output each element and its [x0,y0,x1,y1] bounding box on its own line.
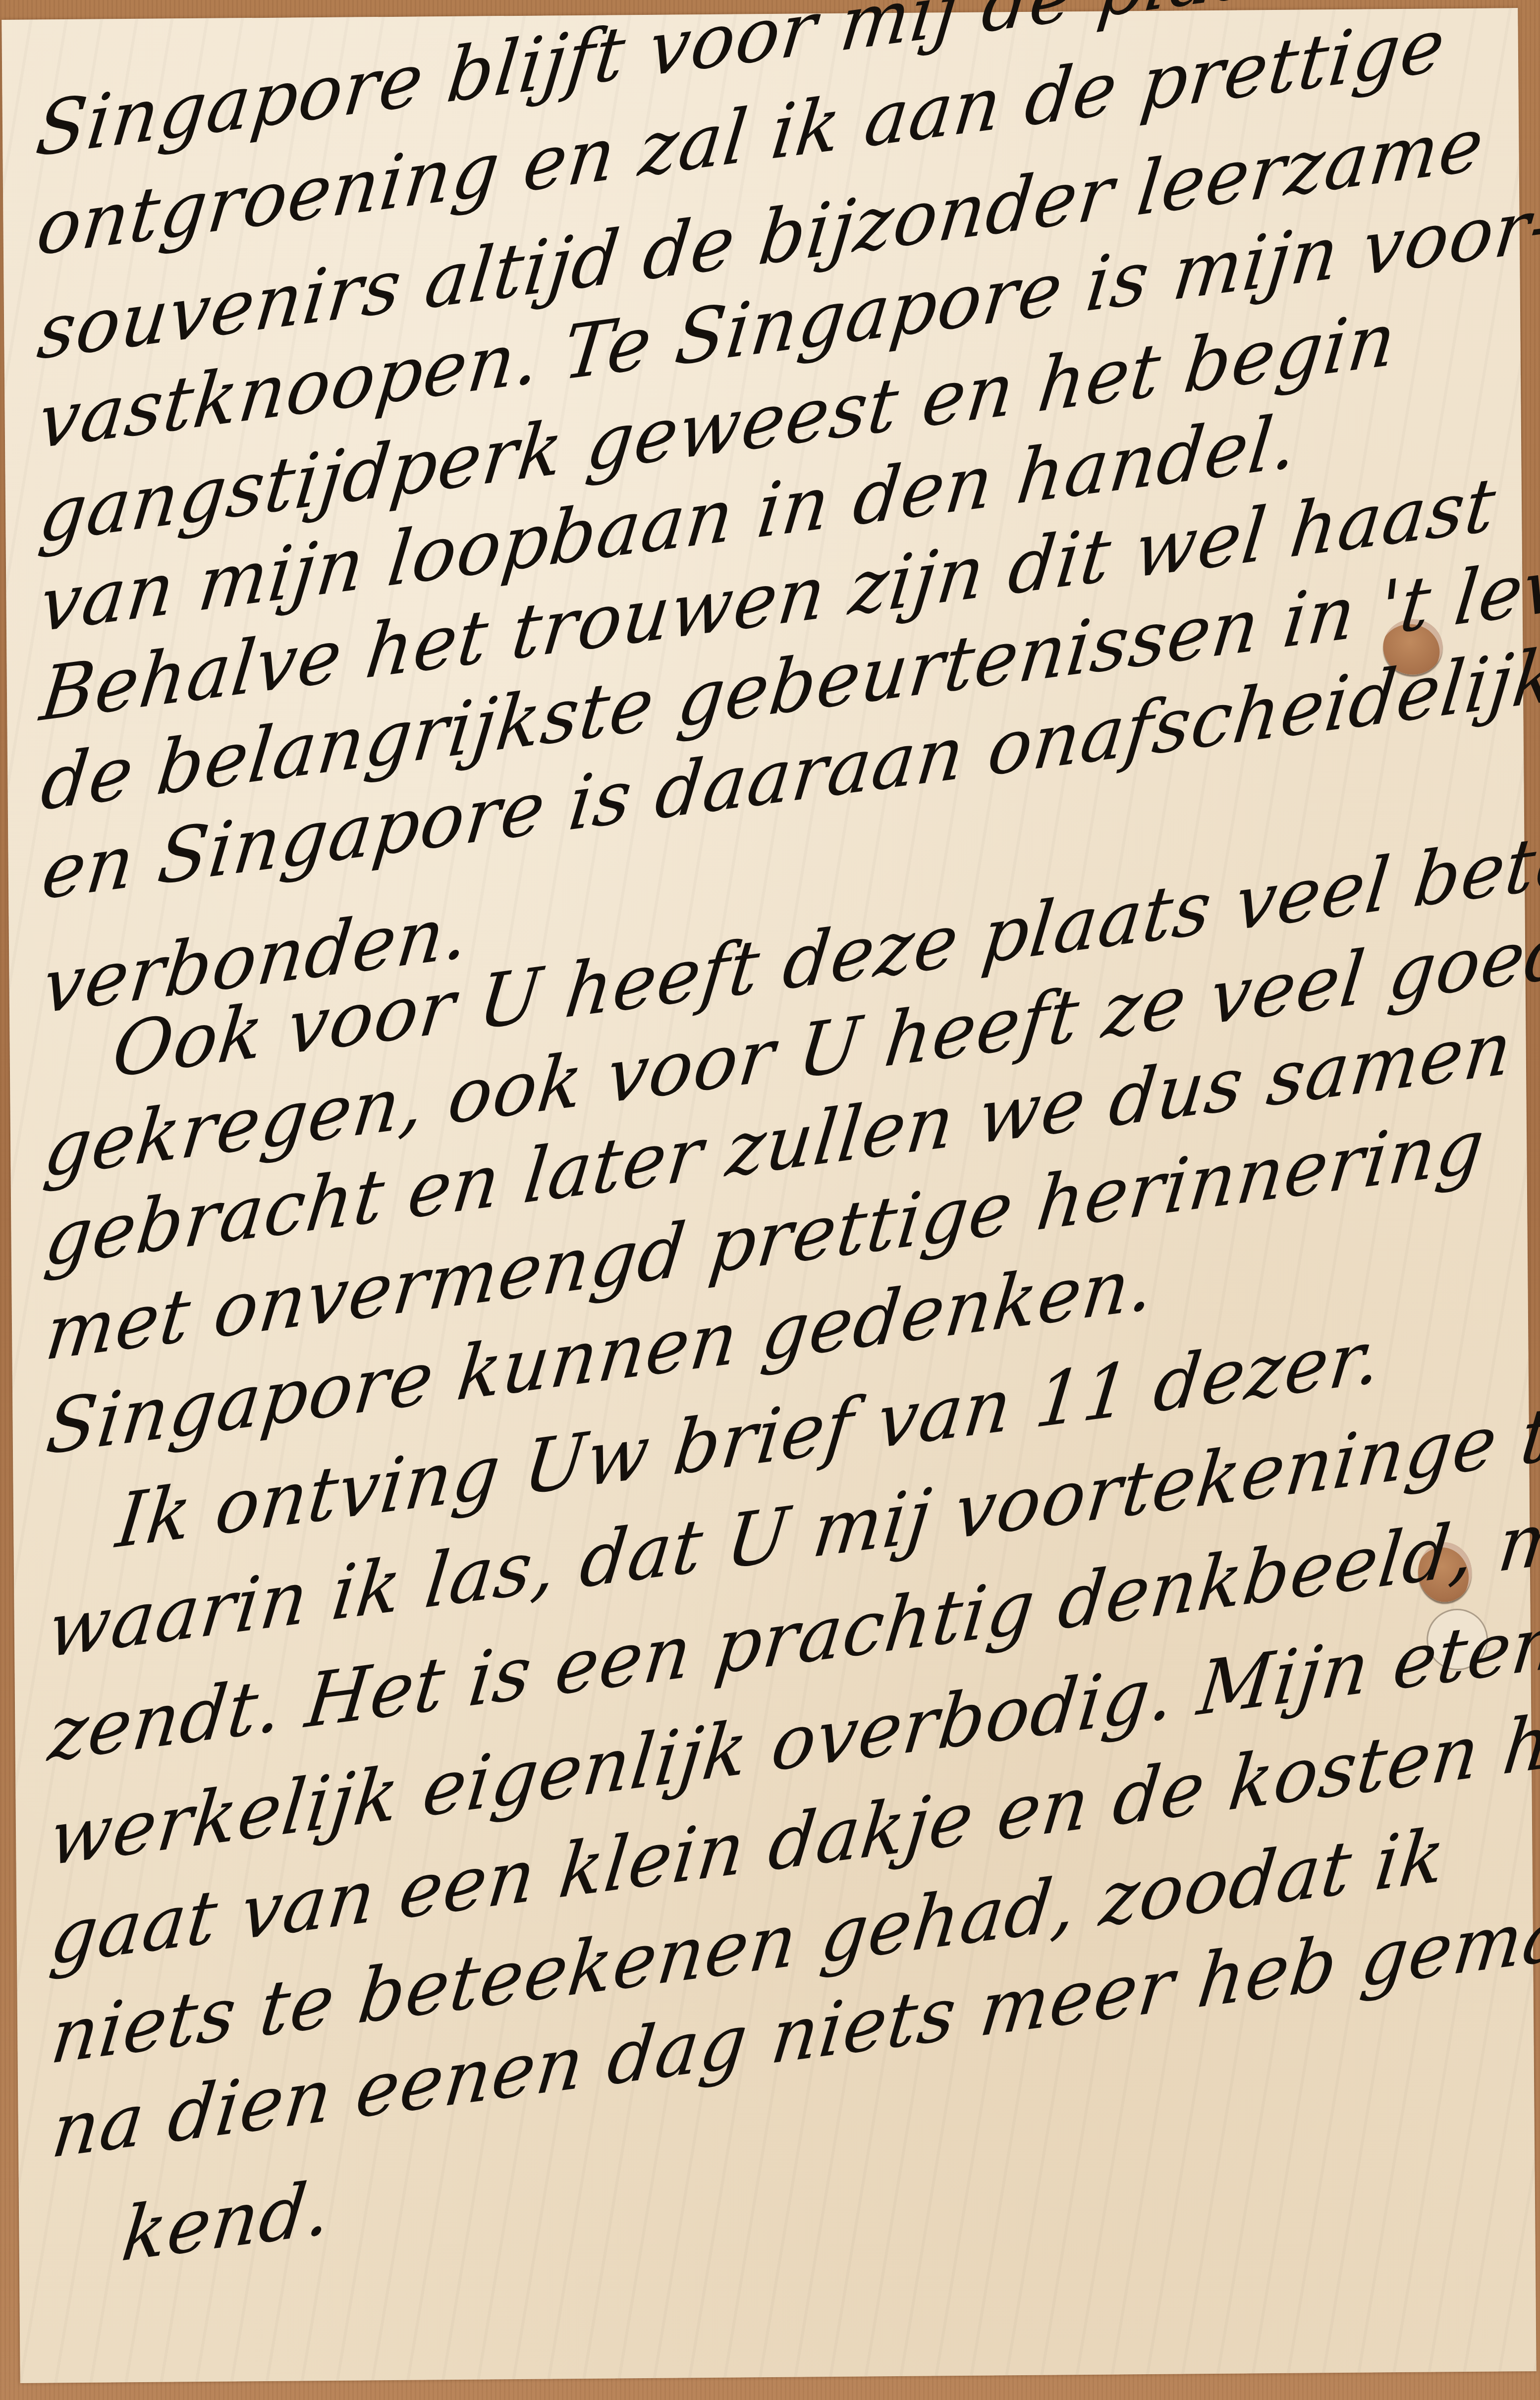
letter-line-23: kend. [118,2170,335,2273]
letter-page: Singapore blijft voor mij de plaats van … [1,8,1536,2383]
